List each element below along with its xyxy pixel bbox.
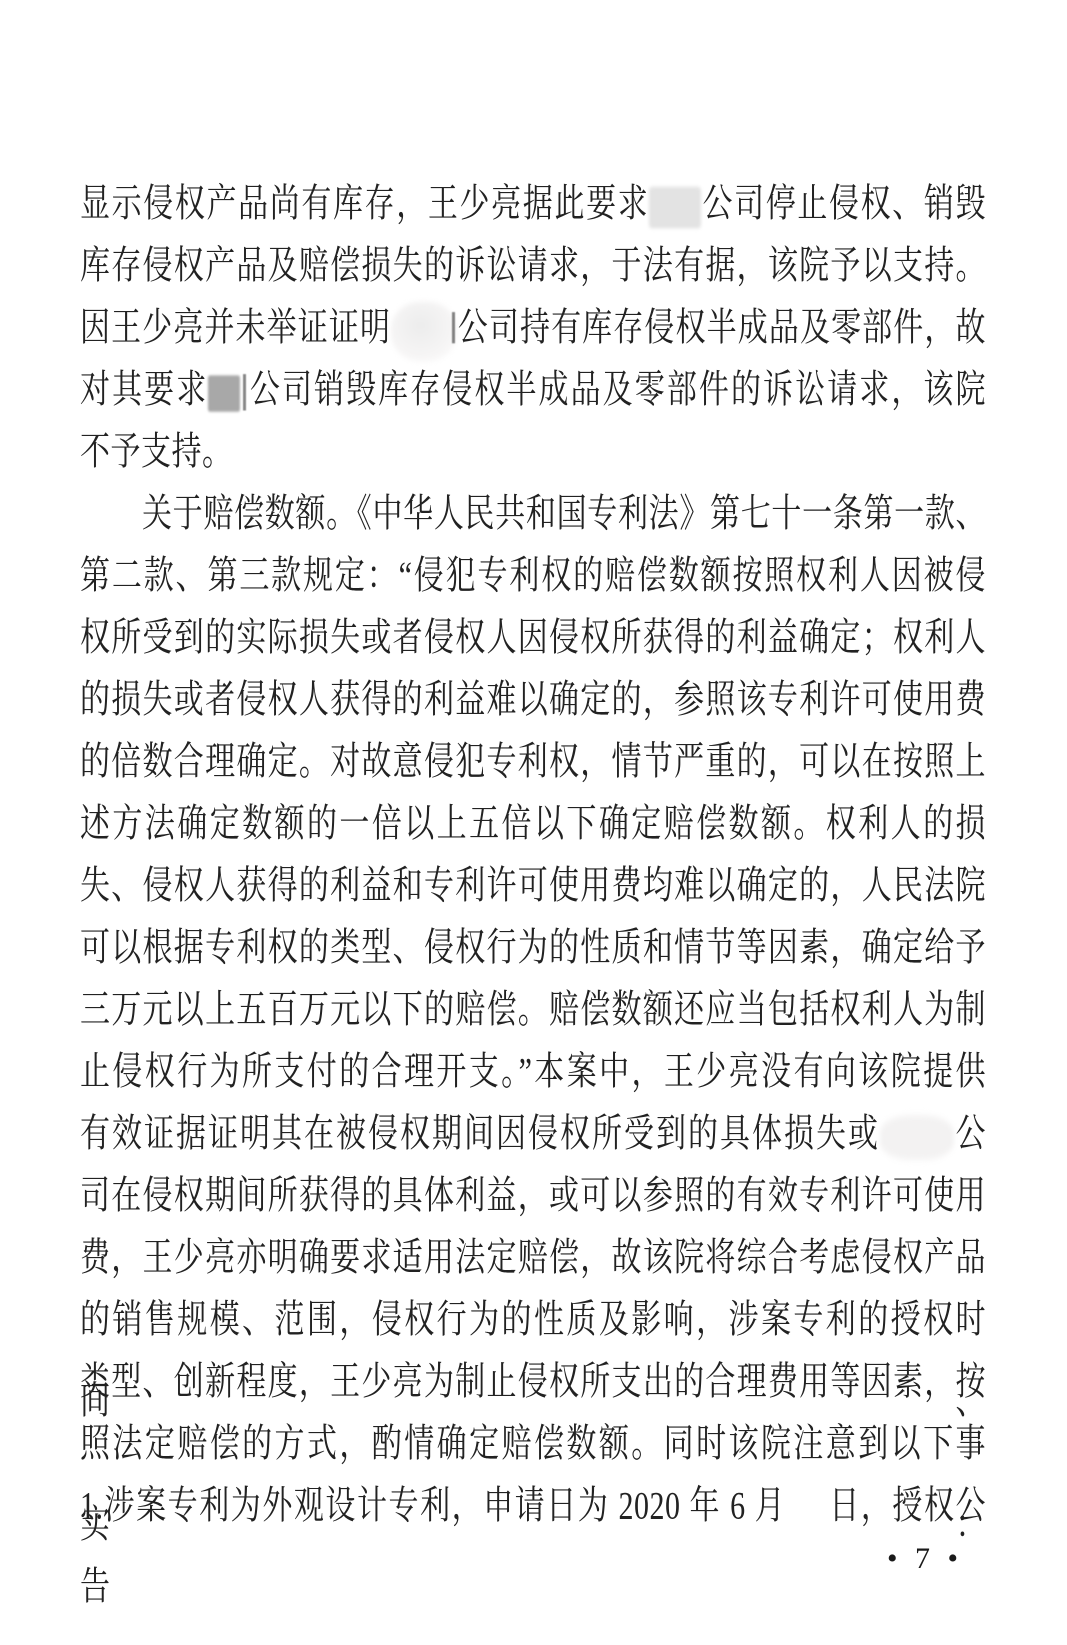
redaction-block-company-name bbox=[208, 376, 248, 412]
redaction-fill bbox=[786, 1503, 828, 1516]
text-line: 1.涉案专利为外观设计专利，申请日为 2020 年 6 月日，授权公告 bbox=[80, 1467, 986, 1548]
document-page-body: 显示侵权产品尚有库存，王少亮据此要求公司停止侵权、销毁 库存侵权产品及赔偿损失的… bbox=[80, 174, 986, 1538]
text-segment: 因王少亮并未举证证明 bbox=[80, 307, 391, 350]
redaction-blank-date bbox=[786, 1503, 828, 1516]
page-number: • 7 • bbox=[887, 1542, 963, 1576]
text-segment: 公 bbox=[954, 1113, 986, 1156]
text-segment: 公司持有库存侵权半成品及零部件，故 bbox=[457, 307, 986, 350]
text-segment: 公司销毁库存侵权半成品及零部件的诉讼请求，该院 bbox=[248, 369, 986, 412]
text-segment: 公司停止侵权、销毁 bbox=[701, 183, 986, 226]
redaction-smudge-company-name bbox=[880, 1116, 954, 1160]
redaction-fill bbox=[649, 187, 701, 229]
redaction-fill bbox=[880, 1116, 954, 1160]
text-segment: 对其要求 bbox=[80, 369, 208, 412]
redaction-bracket-mark bbox=[452, 312, 455, 343]
text-segment: 显示侵权产品尚有库存，王少亮据此要求 bbox=[80, 183, 649, 226]
redaction-stroke-mark bbox=[243, 374, 246, 410]
redaction-fill bbox=[208, 376, 240, 412]
redaction-block-company-name bbox=[649, 187, 701, 229]
text-segment: 1.涉案专利为外观设计专利，申请日为 2020 年 6 月 bbox=[80, 1485, 786, 1528]
text-segment: 有效证据证明其在被侵权期间因侵权所受到的具体损失或 bbox=[80, 1113, 880, 1156]
